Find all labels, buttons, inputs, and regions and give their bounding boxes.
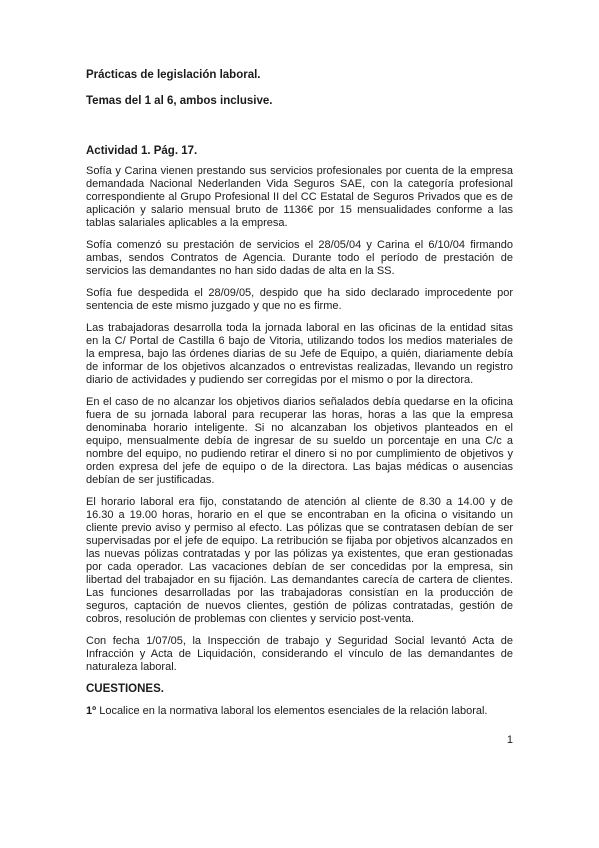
question-1-number: 1º xyxy=(86,705,96,717)
paragraph-inspection: Con fecha 1/07/05, la Inspección de trab… xyxy=(86,635,513,674)
document-content: Prácticas de legislación laboral. Temas … xyxy=(86,69,513,747)
document-page: Prácticas de legislación laboral. Temas … xyxy=(0,0,599,848)
paragraph-company-intro: Sofía y Carina vienen prestando sus serv… xyxy=(86,165,513,230)
paragraph-objectives: En el caso de no alcanzar los objetivos … xyxy=(86,396,513,487)
page-number: 1 xyxy=(86,734,513,747)
paragraph-dismissal: Sofía fue despedida el 28/09/05, despido… xyxy=(86,287,513,313)
paragraph-workplace: Las trabajadoras desarrolla toda la jorn… xyxy=(86,322,513,387)
activity-heading: Actividad 1. Pág. 17. xyxy=(86,145,513,158)
doc-subtitle: Temas del 1 al 6, ambos inclusive. xyxy=(86,95,513,108)
questions-heading: CUESTIONES. xyxy=(86,683,513,696)
question-1-text: Localice en la normativa laboral los ele… xyxy=(99,705,487,717)
question-1: 1º Localice en la normativa laboral los … xyxy=(86,705,513,718)
paragraph-schedule-functions: El horario laboral era fijo, constatando… xyxy=(86,496,513,626)
doc-title: Prácticas de legislación laboral. xyxy=(86,69,513,82)
paragraph-contract-dates: Sofía comenzó su prestación de servicios… xyxy=(86,239,513,278)
